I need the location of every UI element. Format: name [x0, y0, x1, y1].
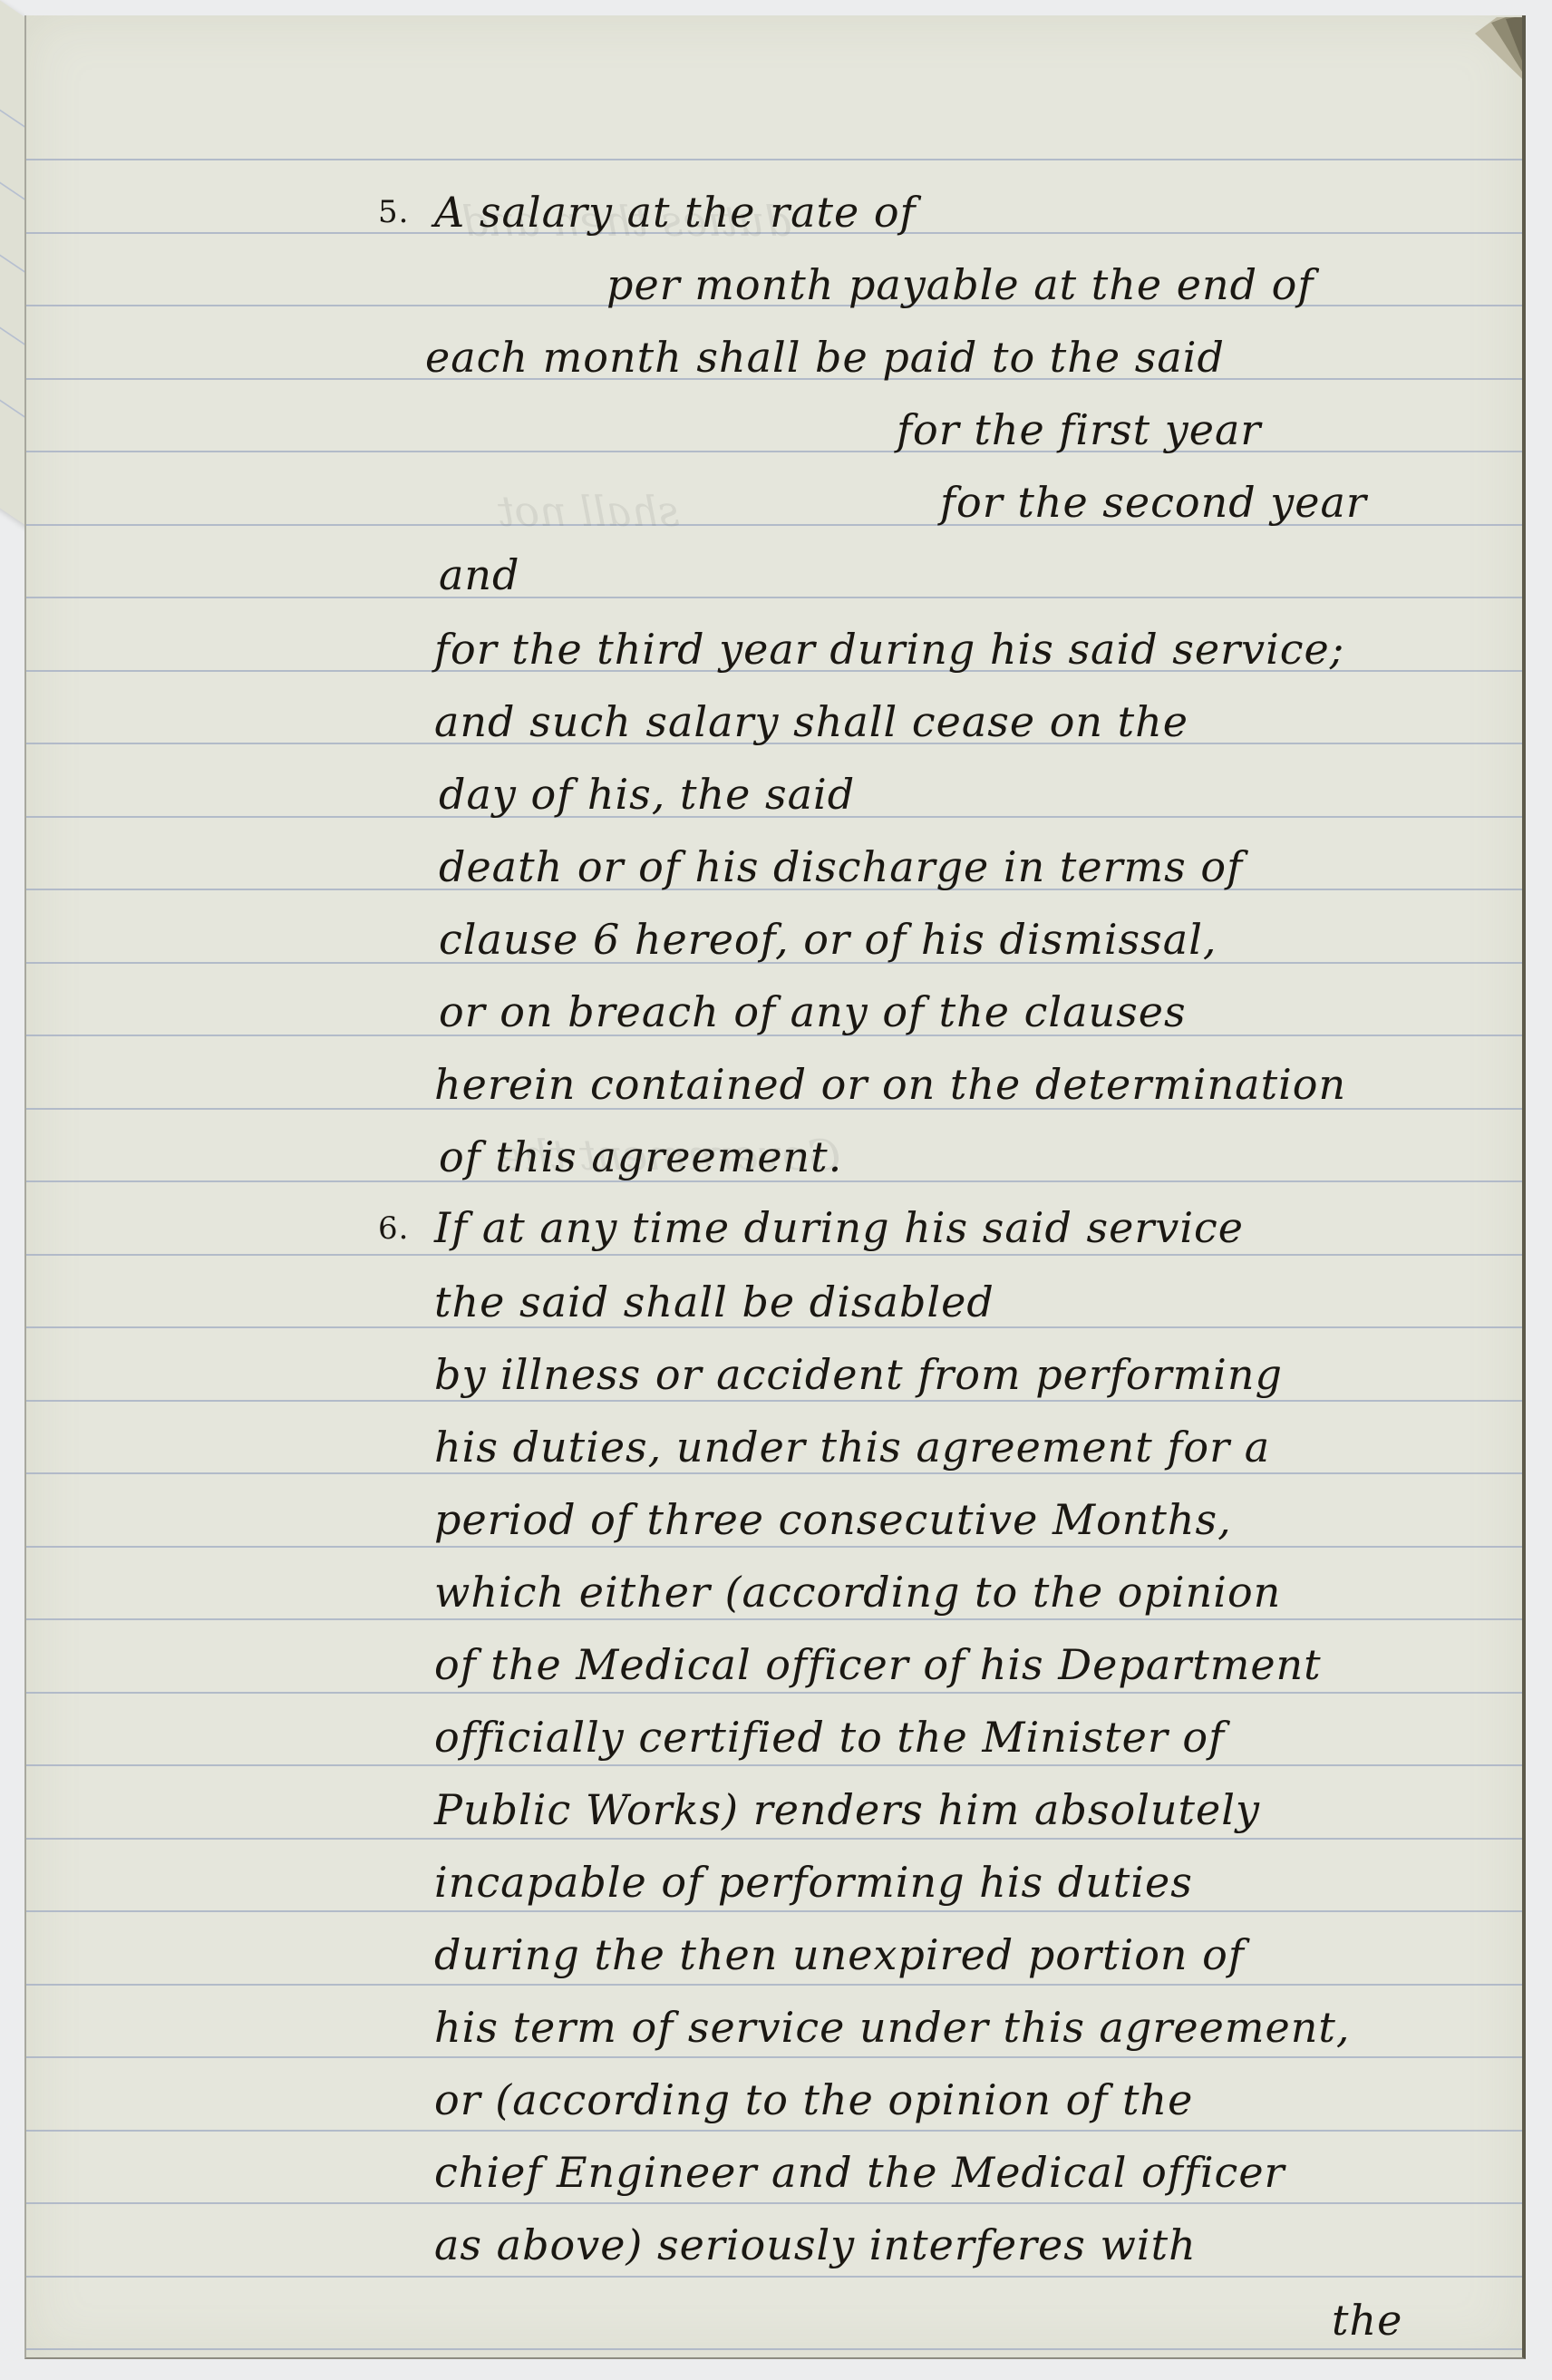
bleed-through-text: shall not — [498, 487, 680, 536]
clause-5-line: death or of his discharge in terms of — [439, 842, 1243, 891]
ruled-line — [26, 1400, 1522, 1402]
clause-6-line: during the then unexpired portion of — [434, 1930, 1245, 1979]
ruled-line — [26, 2202, 1522, 2204]
clause-5-number: 5. — [378, 194, 409, 230]
clause-6-line: of the Medical officer of his Department — [434, 1640, 1322, 1689]
clause-6-line: chief Engineer and the Medical officer — [434, 2148, 1285, 2197]
clause-5-line: for the third year during his said servi… — [434, 625, 1344, 674]
clause-5-line: for the first year — [897, 405, 1261, 454]
clause-6-line: or (according to the opinion of the — [434, 2075, 1193, 2124]
ruled-line — [26, 1984, 1522, 1986]
ruled-line — [26, 1472, 1522, 1474]
ruled-line — [26, 159, 1522, 160]
clause-5-line: herein contained or on the determination — [434, 1060, 1346, 1109]
ruled-line — [26, 1546, 1522, 1548]
clause-5-line: for the second year — [940, 478, 1367, 527]
clause-6-line: If at any time during his said service — [434, 1203, 1244, 1252]
clause-6-line: which either (according to the opinion — [434, 1568, 1281, 1617]
folded-corner-icon — [1475, 15, 1526, 86]
ruled-line — [26, 451, 1522, 452]
ruled-line — [26, 2276, 1522, 2278]
ruled-line — [26, 1254, 1522, 1256]
clause-6-line: his duties, under this agreement for a — [434, 1423, 1270, 1472]
ruled-line — [26, 1692, 1522, 1694]
catchword: the — [1332, 2296, 1402, 2345]
ruled-line — [26, 2130, 1522, 2132]
ruled-line — [26, 1764, 1522, 1766]
ruled-line — [26, 2348, 1522, 2350]
clause-5-line: or on breach of any of the clauses — [439, 987, 1187, 1036]
ruled-line — [26, 1326, 1522, 1328]
clause-6-line: by illness or accident from performing — [434, 1350, 1283, 1399]
clause-5-line: A salary at the rate of — [434, 188, 917, 237]
clause-6-line: incapable of performing his duties — [434, 1858, 1193, 1907]
clause-6-line: as above) seriously interferes with — [434, 2220, 1197, 2269]
clause-6-line: officially certified to the Minister of — [434, 1713, 1225, 1762]
clause-6-line: his term of service under this agreement… — [434, 2003, 1350, 2052]
clause-6-line: period of three consecutive Months, — [434, 1495, 1232, 1544]
ruled-line — [26, 1838, 1522, 1840]
clause-5-line: day of his, the said — [439, 770, 855, 819]
clause-6-number: 6. — [378, 1210, 409, 1247]
ruled-line — [26, 597, 1522, 598]
clause-5-line: clause 6 hereof, or of his dismissal, — [439, 915, 1217, 964]
ruled-line — [26, 1618, 1522, 1620]
clause-5-line: each month shall be paid to the said — [425, 333, 1225, 382]
ruled-line — [26, 1910, 1522, 1912]
ruled-line — [26, 2056, 1522, 2058]
clause-5-line: per month payable at the end of — [606, 260, 1314, 309]
clause-5-line: and — [439, 550, 520, 599]
clause-6-line: the said shall be disabled — [434, 1277, 994, 1326]
clause-6-line: Public Works) renders him absolutely — [434, 1785, 1260, 1834]
manuscript-page: duties then and shall not Government the… — [24, 15, 1526, 2359]
clause-5-line: and such salary shall cease on the — [434, 697, 1188, 746]
clause-5-line: of this agreement. — [439, 1132, 842, 1181]
